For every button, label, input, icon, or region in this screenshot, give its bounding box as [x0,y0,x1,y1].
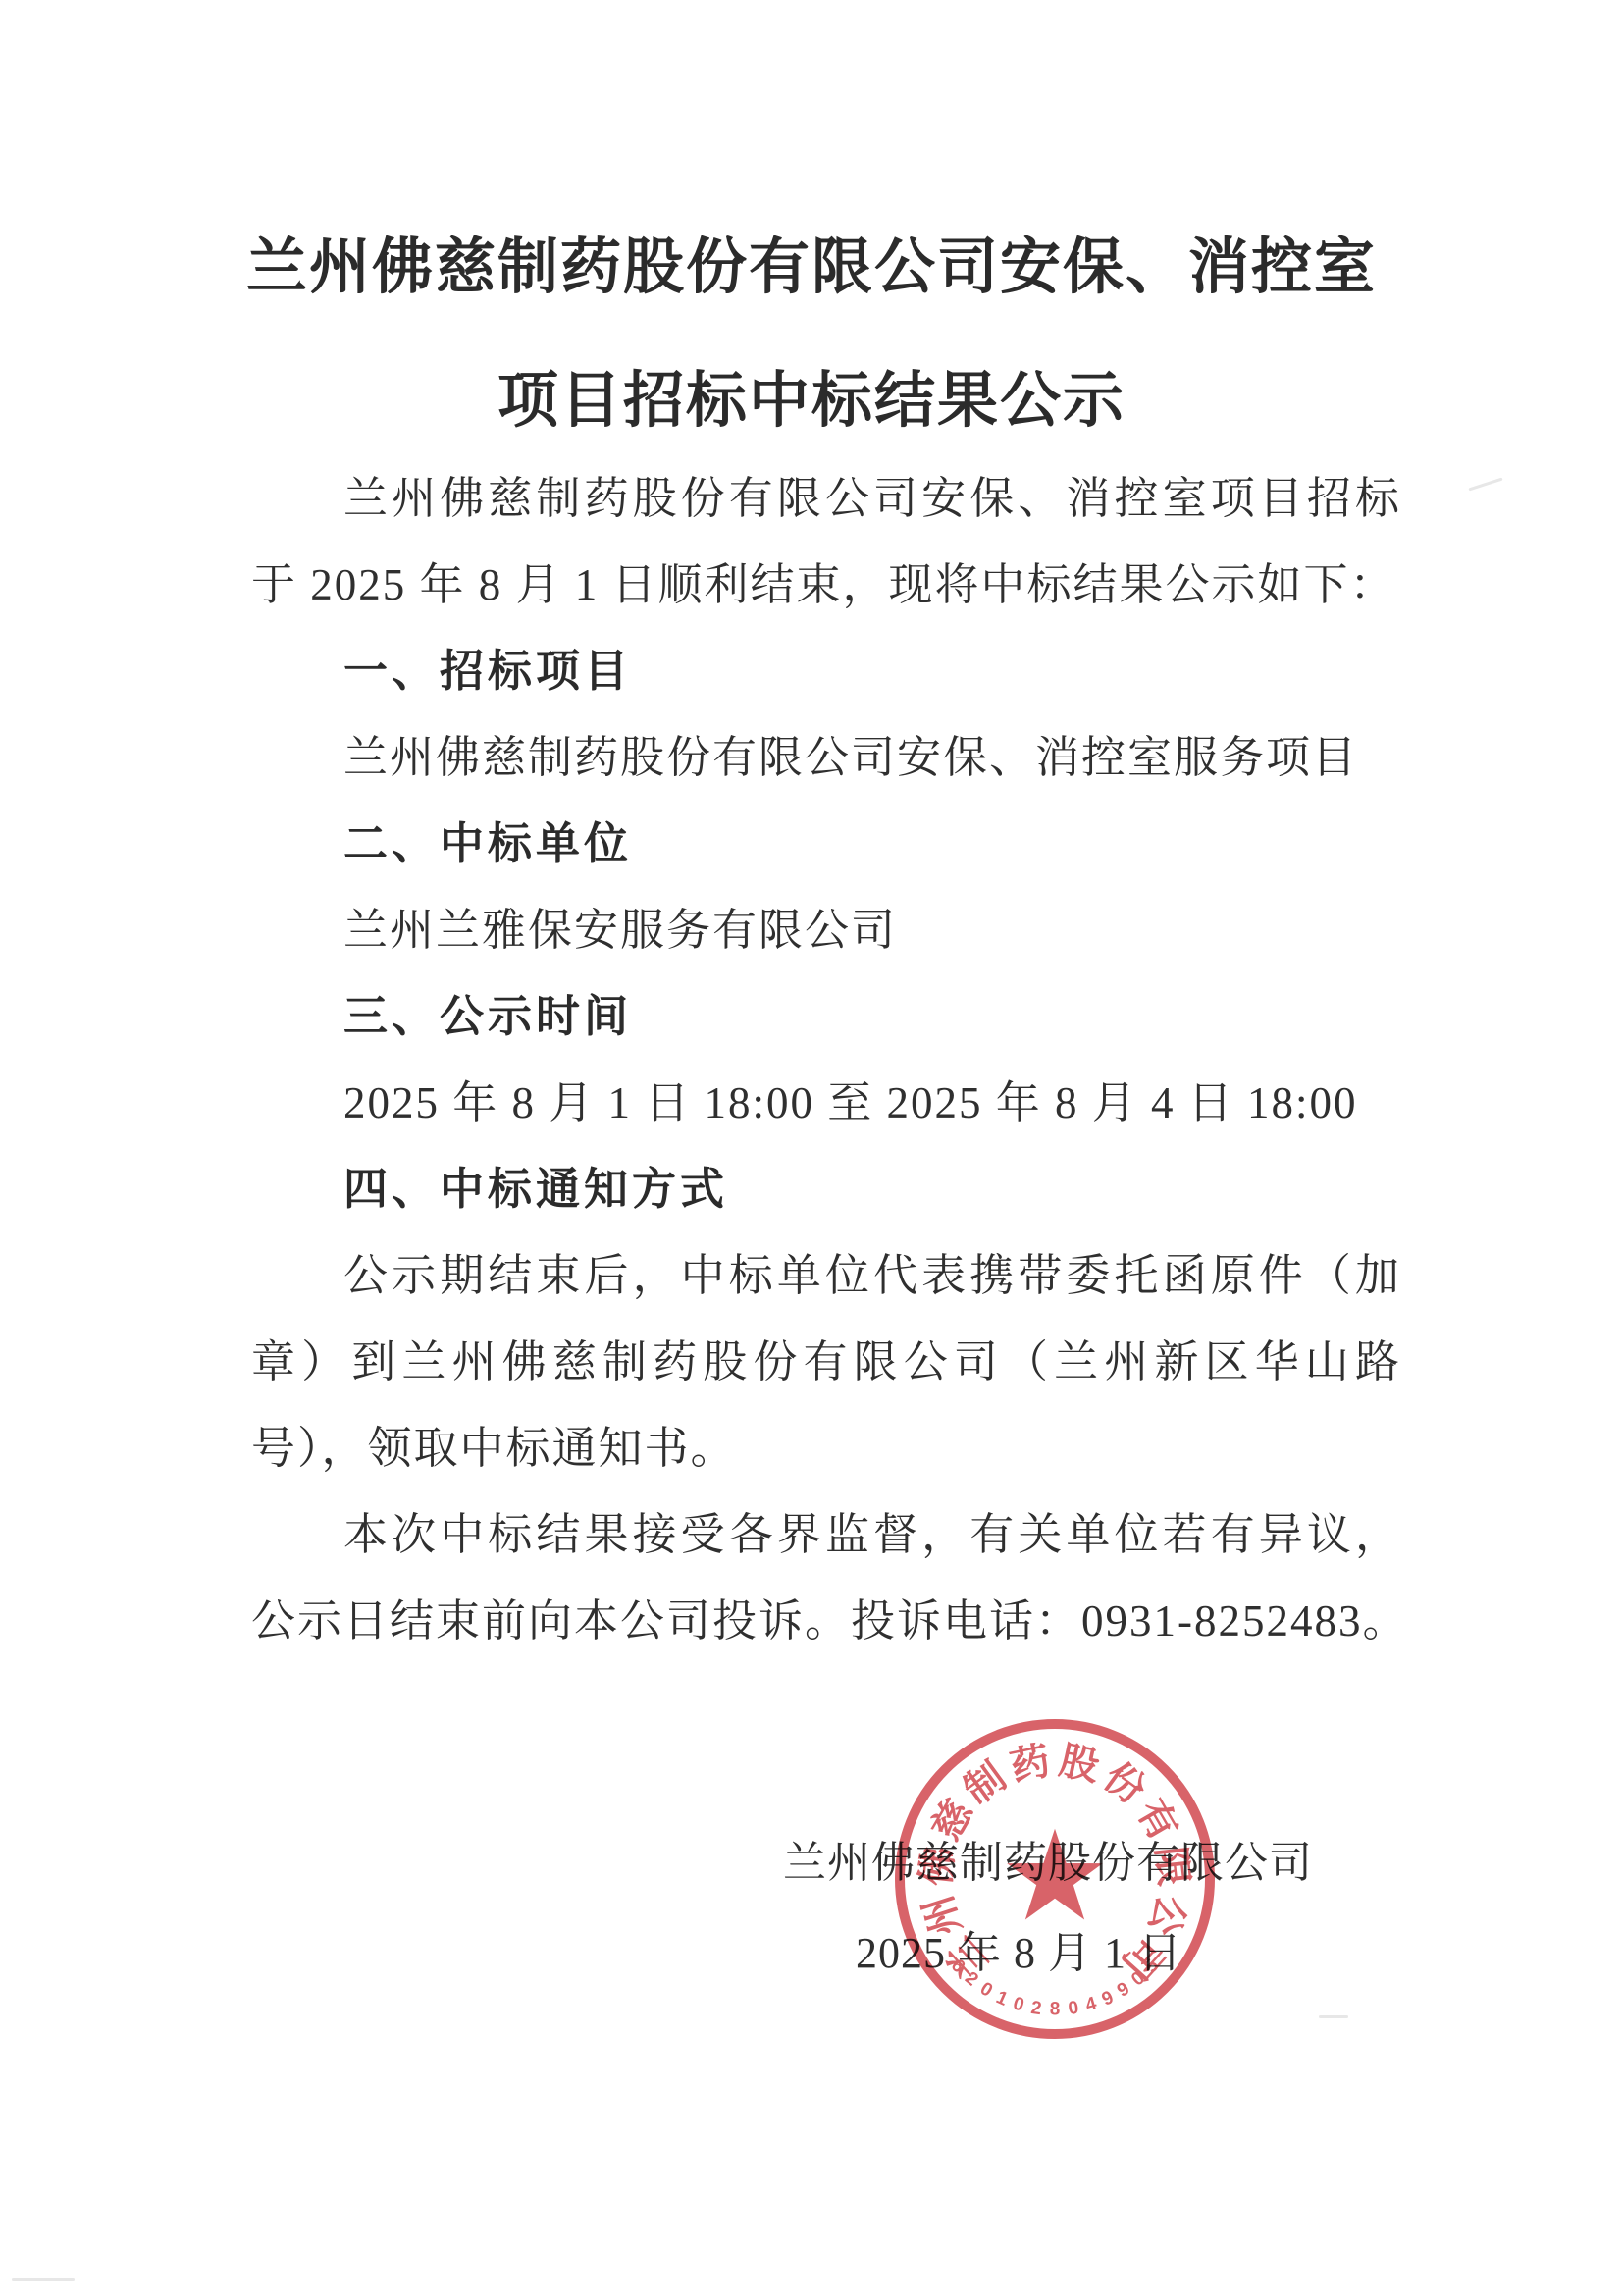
document-page: 兰州佛慈制药股份有限公司安保、消控室 项目招标中标结果公示 兰州佛慈制药股份有限… [0,0,1623,2296]
closing-line-2: 公示日结束前向本公司投诉。投诉电话：0931-8252483。 [251,1578,1401,1664]
seal-ring-char: 限 [1150,1845,1193,1888]
seal-ring-char: 药 [1007,1741,1053,1787]
seal-serial-digit: 0 [1067,1999,1079,2018]
section-4-line-2: 章）到兰州佛慈制药股份有限公司（兰州新区华山路 2289 [251,1319,1401,1405]
section-1-heading: 一、招标项目 [251,628,1401,714]
section-3-heading: 三、公示时间 [251,973,1401,1060]
section-2-heading: 二、中标单位 [251,801,1401,887]
section-1-content: 兰州佛慈制药股份有限公司安保、消控室服务项目 [251,714,1401,801]
section-4-heading: 四、中标通知方式 [251,1146,1401,1232]
section-4-line-3: 号），领取中标通知书。 [251,1405,1401,1491]
scan-artifact [1468,478,1502,492]
intro-line-1: 兰州佛慈制药股份有限公司安保、消控室项目招标工作 [251,455,1401,542]
seal: 兰州佛慈制药股份有限公司 6201028049905 [893,1717,1217,2041]
section-3-content: 2025 年 8 月 1 日 18:00 至 2025 年 8 月 4 日 18… [251,1060,1401,1146]
seal-ring-char: 股 [1056,1741,1102,1787]
seal-ring-char: 佛 [916,1845,960,1888]
section-4-line-1: 公示期结束后，中标单位代表携带委托函原件（加盖公 [251,1232,1401,1319]
scan-artifact [12,2278,75,2281]
document-title-line2: 项目招标中标结果公示 [0,351,1623,439]
closing-line-1: 本次中标结果接受各界监督，有关单位若有异议，可在 [251,1491,1401,1578]
intro-line-2: 于 2025 年 8 月 1 日顺利结束，现将中标结果公示如下： [251,542,1401,628]
document-body: 兰州佛慈制药股份有限公司安保、消控室项目招标工作 于 2025 年 8 月 1 … [251,455,1401,1664]
scan-artifact [1319,2015,1348,2018]
document-title-line1: 兰州佛慈制药股份有限公司安保、消控室 [0,218,1623,305]
section-2-content: 兰州兰雅保安服务有限公司 [251,887,1401,973]
seal-star-icon [1002,1826,1108,1932]
seal-serial-digit: 8 [1050,2001,1061,2019]
